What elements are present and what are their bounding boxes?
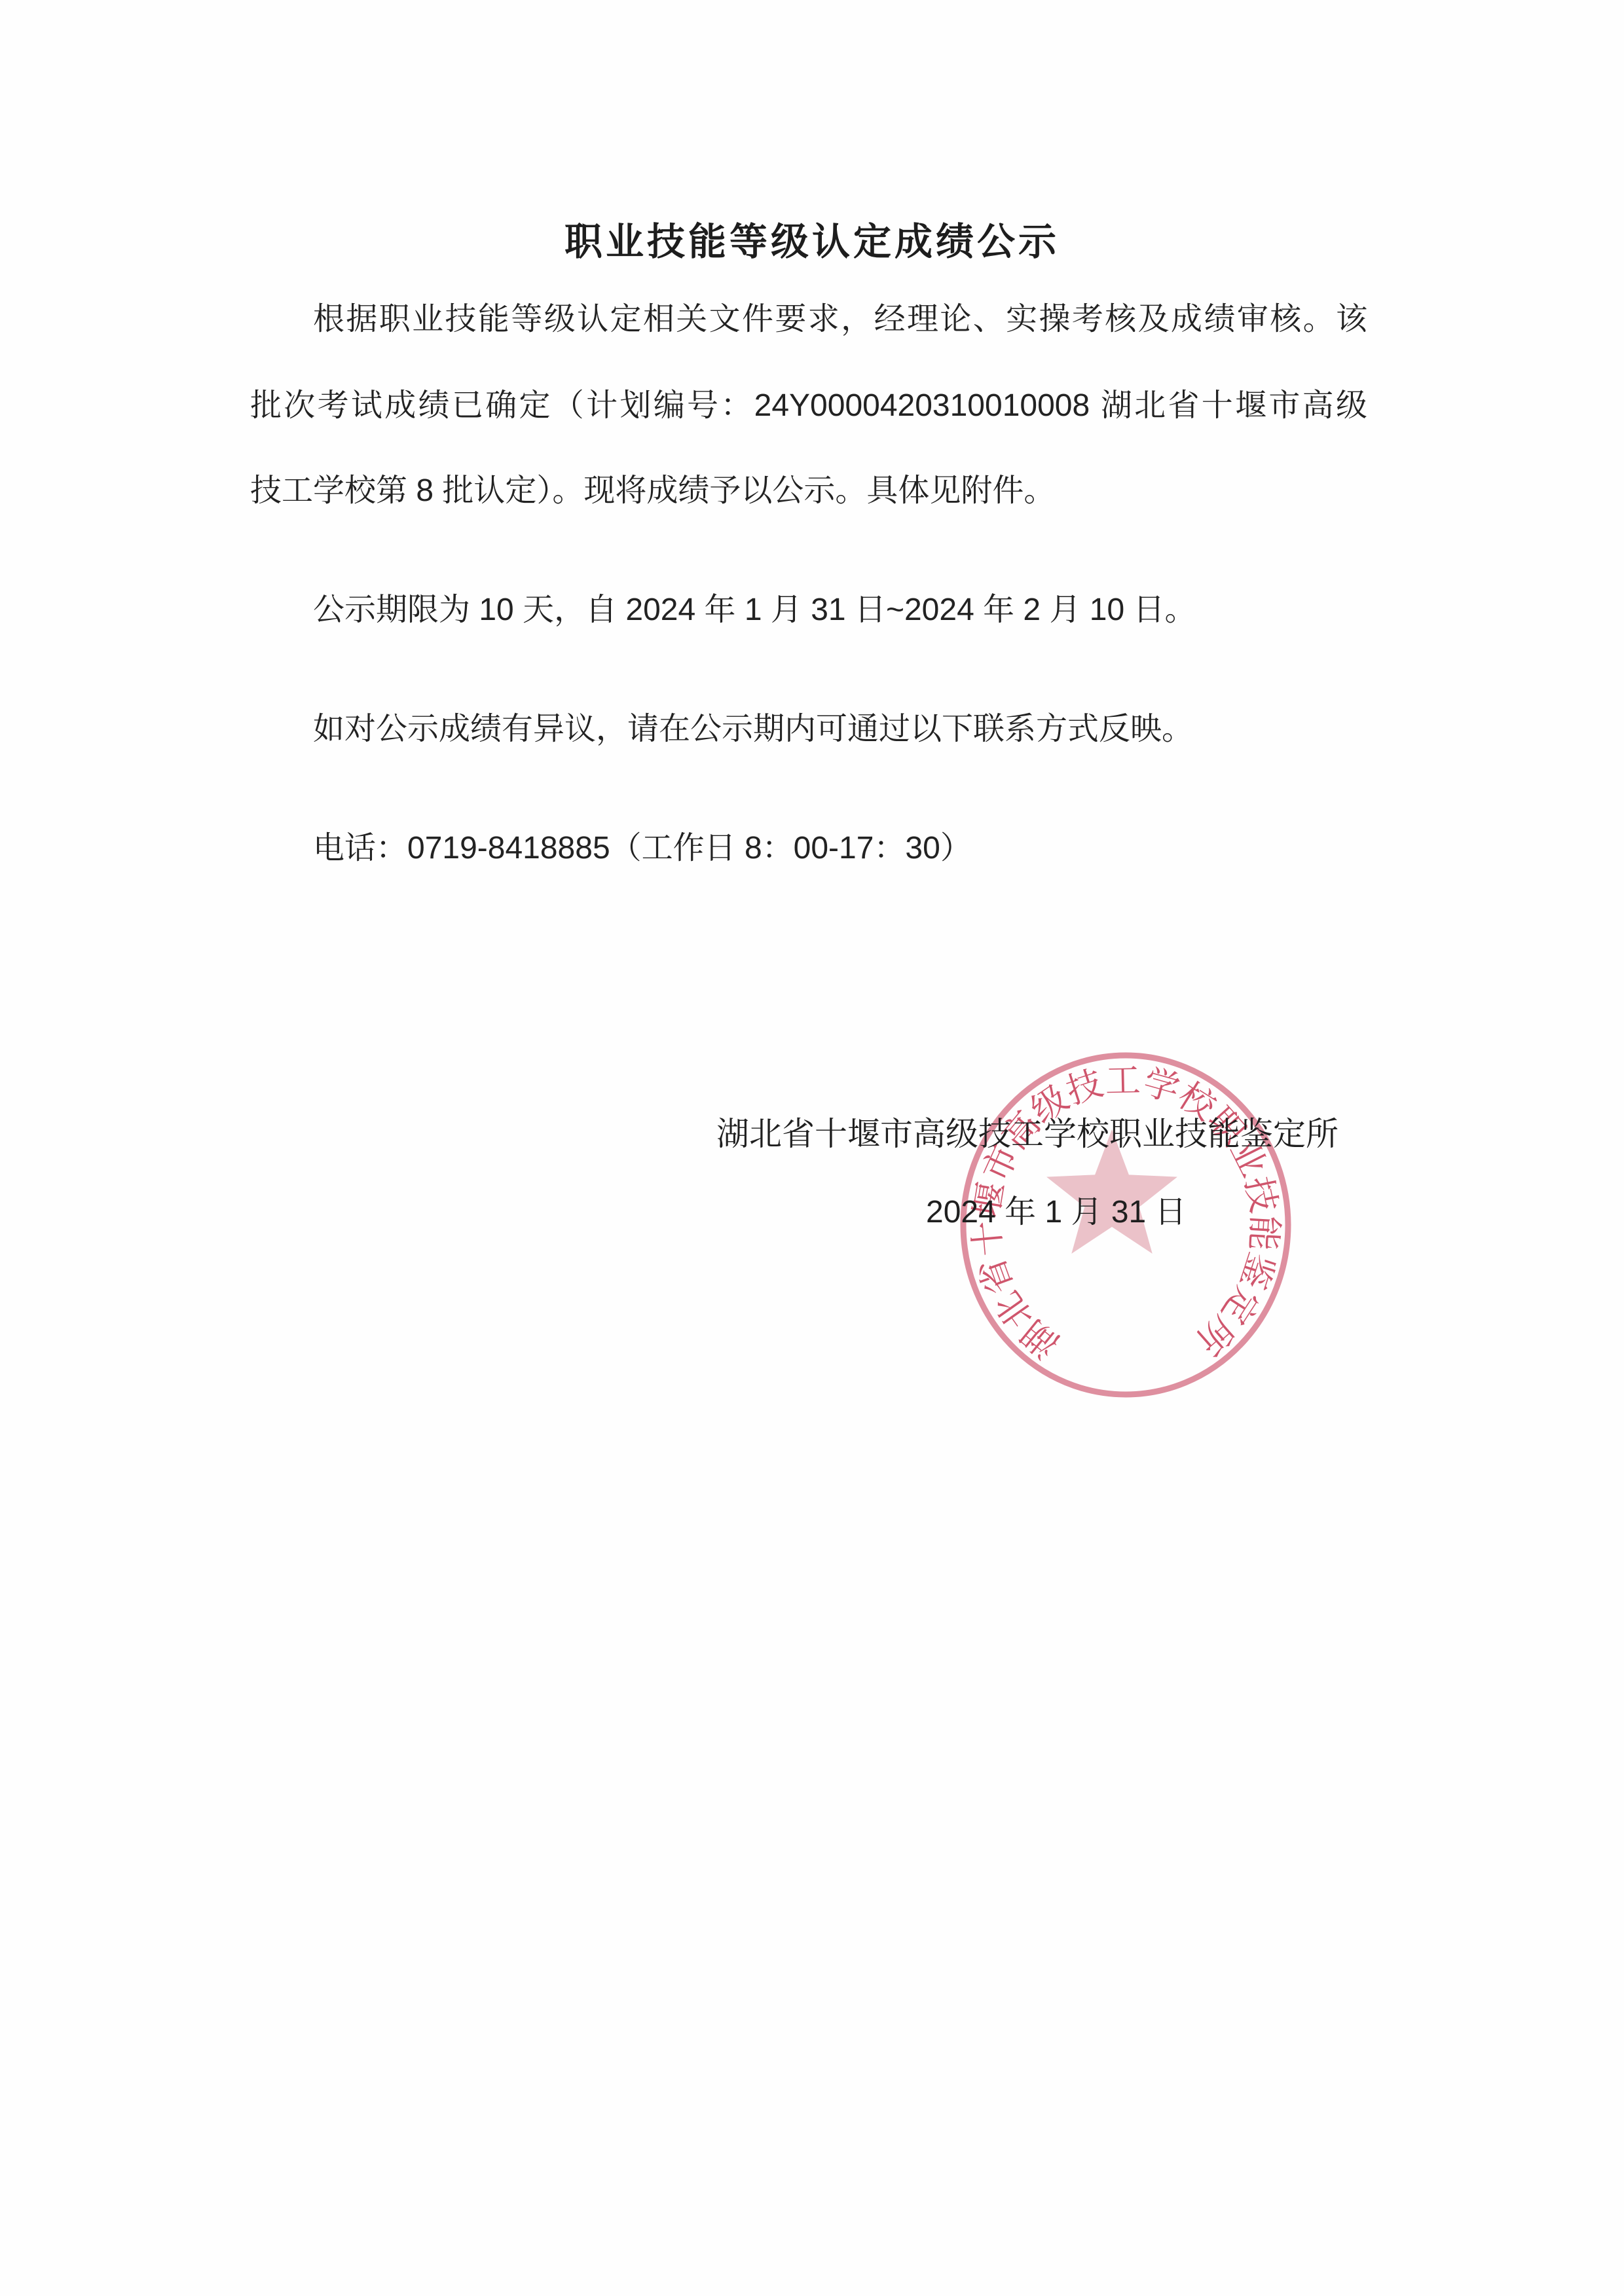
- paragraph2-public-period: 公示期限为 10 天，自 2024 年 1 月 31 日~2024 年 2 月 …: [250, 591, 1367, 630]
- paragraph1-line2: 批次考试成绩已确定（计划编号：24Y0000420310010008 湖北省十堰…: [250, 386, 1367, 426]
- paragraph4-phone-contact: 电话：0719-8418885（工作日 8：00-17：30）: [250, 829, 1367, 868]
- paragraph1-line1: 根据职业技能等级认定相关文件要求，经理论、实操考核及成绩审核。该: [250, 300, 1367, 339]
- paragraph1-line3: 技工学校第 8 批认定）。现将成绩予以公示。具体见附件。: [250, 471, 1367, 511]
- paragraph3-objection-notice: 如对公示成绩有异议，请在公示期内可通过以下联系方式反映。: [250, 710, 1367, 749]
- document-title: 职业技能等级认定成绩公示: [0, 211, 1624, 266]
- signature-organization: 湖北省十堰市高级技工学校职业技能鉴定所: [716, 1108, 1338, 1155]
- document-page: 职业技能等级认定成绩公示 根据职业技能等级认定相关文件要求，经理论、实操考核及成…: [0, 0, 1624, 2296]
- signature-date: 2024 年 1 月 31 日: [926, 1186, 1187, 1231]
